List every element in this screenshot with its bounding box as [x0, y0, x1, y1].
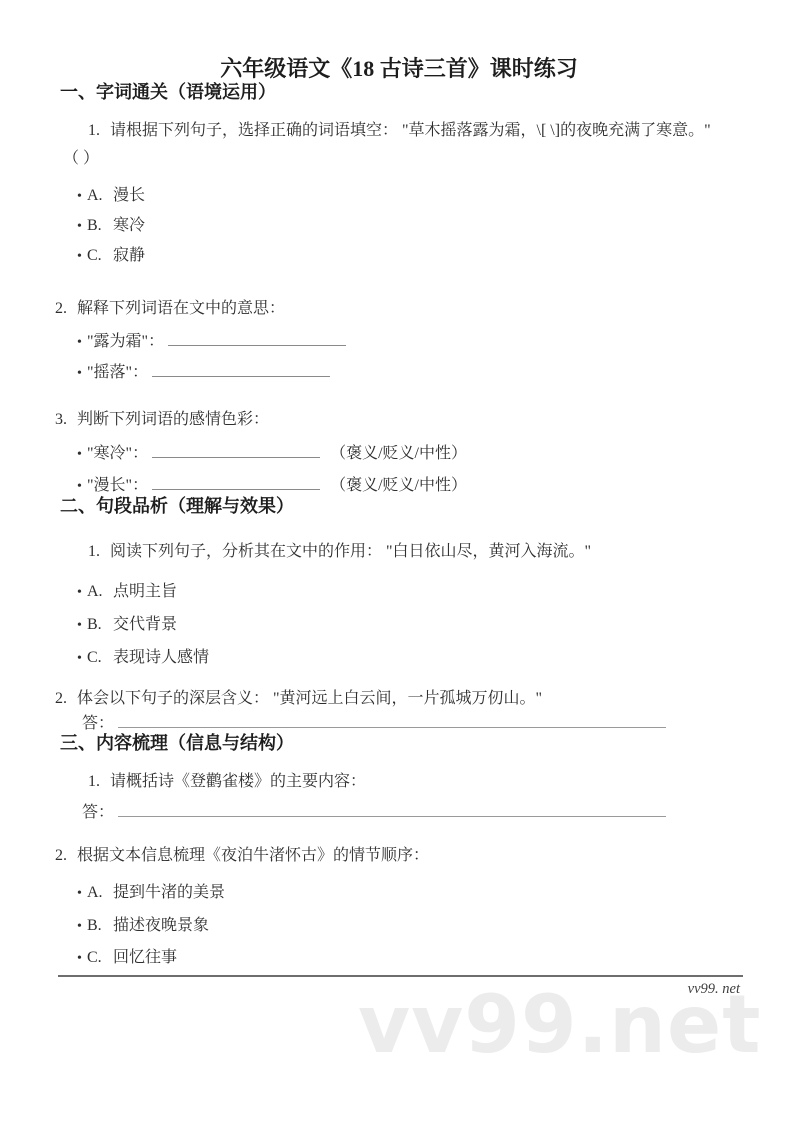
s1-q1-answer-parens[interactable]: （ ）: [63, 150, 743, 168]
footer-site-link[interactable]: vv99. net: [55, 981, 740, 997]
option-text: 寂静: [113, 247, 145, 264]
option-text: 点明主旨: [113, 583, 177, 600]
option-label: C.: [87, 247, 113, 265]
fill-blank-item: •"漫长"：（褒义/贬义/中性）: [77, 476, 743, 496]
s2-q2: 2.体会以下句子的深层含义： "黄河远上白云间，一片孤城万仞山。": [55, 690, 743, 708]
question-text: 阅读下列句子，分析其在文中的作用： "白日依山尽，黄河入海流。": [110, 543, 591, 560]
option-label: B.: [87, 217, 113, 235]
option-text: 漫长: [113, 187, 145, 204]
option-item[interactable]: •C.回忆往事: [77, 949, 743, 968]
option-text: 回忆往事: [113, 949, 177, 966]
option-label: C.: [87, 649, 113, 667]
question-text: 请根据下列句子，选择正确的词语填空： "草木摇落露为霜，\[ \]的夜晚充满了寒…: [110, 122, 711, 139]
blank-underline[interactable]: [152, 476, 320, 490]
bullet-icon: •: [77, 617, 87, 635]
option-item[interactable]: •C.寂静: [77, 247, 743, 266]
answer-line: 答：: [82, 714, 743, 733]
bullet-icon: •: [77, 918, 87, 936]
question-number: 3.: [55, 411, 67, 428]
bullet-icon: •: [77, 188, 87, 206]
answer-underline[interactable]: [118, 714, 666, 728]
option-text: 表现诗人感情: [113, 649, 209, 666]
bullet-icon: •: [77, 885, 87, 903]
question-number: 2.: [55, 690, 67, 707]
question-text: 体会以下句子的深层含义： "黄河远上白云间，一片孤城万仞山。": [77, 690, 542, 707]
question-text: 判断下列词语的感情色彩：: [77, 411, 269, 428]
question-number: 1.: [88, 773, 100, 790]
question-text: 请概括诗《登鹳雀楼》的主要内容：: [110, 773, 366, 790]
option-label: A.: [87, 884, 113, 902]
answer-label: 答：: [82, 804, 114, 821]
s1-q3: 3.判断下列词语的感情色彩：: [55, 411, 743, 429]
fill-blank-item: •"寒冷"：（褒义/贬义/中性）: [77, 444, 743, 464]
answer-line: 答：: [82, 803, 743, 822]
footer-divider: [58, 975, 743, 977]
bullet-icon: •: [77, 478, 87, 496]
s1-q2: 2.解释下列词语在文中的意思：: [55, 300, 743, 318]
option-text: 提到牛渚的美景: [113, 884, 225, 901]
bullet-icon: •: [77, 365, 87, 383]
s2-q1: 1.阅读下列句子，分析其在文中的作用： "白日依山尽，黄河入海流。": [88, 543, 743, 561]
option-label: A.: [87, 187, 113, 205]
option-item[interactable]: •B.描述夜晚景象: [77, 917, 743, 936]
option-label: C.: [87, 949, 113, 967]
question-number: 2.: [55, 847, 67, 864]
blank-suffix: （褒义/贬义/中性）: [330, 477, 467, 494]
s3-q1: 1.请概括诗《登鹳雀楼》的主要内容：: [88, 773, 743, 791]
blank-underline[interactable]: [152, 444, 320, 458]
option-text: 寒冷: [113, 217, 145, 234]
option-item[interactable]: •B.寒冷: [77, 217, 743, 236]
bullet-icon: •: [77, 650, 87, 668]
answer-underline[interactable]: [118, 803, 666, 817]
blank-term: "漫长"：: [87, 477, 148, 494]
option-label: B.: [87, 917, 113, 935]
question-number: 1.: [88, 543, 100, 560]
fill-blank-item: •"露为霜"：: [77, 332, 743, 352]
bullet-icon: •: [77, 334, 87, 352]
worksheet-page: 六年级语文《18 古诗三首》课时练习 一、字词通关（语境运用） 1.请根据下列句…: [0, 0, 800, 997]
bullet-icon: •: [77, 950, 87, 968]
bullet-icon: •: [77, 584, 87, 602]
fill-blank-item: •"摇落"：: [77, 363, 743, 383]
bullet-icon: •: [77, 248, 87, 266]
question-text: 根据文本信息梳理《夜泊牛渚怀古》的情节顺序：: [77, 847, 429, 864]
blank-term: "摇落"：: [87, 364, 148, 381]
blank-term: "寒冷"：: [87, 445, 148, 462]
option-item[interactable]: •A.提到牛渚的美景: [77, 884, 743, 903]
question-text: 解释下列词语在文中的意思：: [77, 300, 285, 317]
option-item[interactable]: •B.交代背景: [77, 616, 743, 635]
s1-q1: 1.请根据下列句子，选择正确的词语填空： "草木摇落露为霜，\[ \]的夜晚充满…: [88, 122, 743, 140]
page-title: 六年级语文《18 古诗三首》课时练习: [55, 0, 743, 82]
answer-label: 答：: [82, 715, 114, 732]
option-item[interactable]: •C.表现诗人感情: [77, 649, 743, 668]
blank-underline[interactable]: [168, 332, 346, 346]
bullet-icon: •: [77, 446, 87, 464]
bullet-icon: •: [77, 218, 87, 236]
s3-q2: 2.根据文本信息梳理《夜泊牛渚怀古》的情节顺序：: [55, 847, 743, 865]
option-item[interactable]: •A.漫长: [77, 187, 743, 206]
section-2-heading: 二、句段品析（理解与效果）: [60, 496, 743, 516]
option-label: B.: [87, 616, 113, 634]
option-label: A.: [87, 583, 113, 601]
blank-suffix: （褒义/贬义/中性）: [330, 445, 467, 462]
section-3-heading: 三、内容梳理（信息与结构）: [60, 733, 743, 753]
section-1-heading: 一、字词通关（语境运用）: [60, 82, 743, 102]
option-item[interactable]: •A.点明主旨: [77, 583, 743, 602]
blank-underline[interactable]: [152, 363, 330, 377]
option-text: 描述夜晚景象: [113, 917, 209, 934]
question-number: 1.: [88, 122, 100, 139]
blank-term: "露为霜"：: [87, 333, 164, 350]
question-number: 2.: [55, 300, 67, 317]
option-text: 交代背景: [113, 616, 177, 633]
